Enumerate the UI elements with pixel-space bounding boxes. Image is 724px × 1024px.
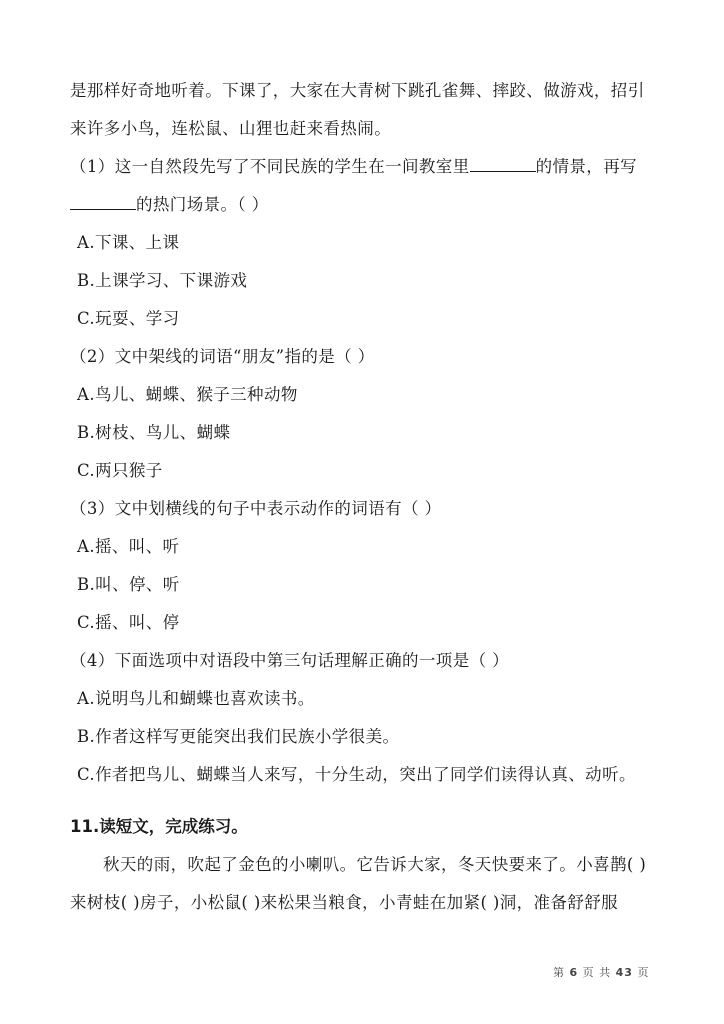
document-page: 是那样好奇地听着。下课了，大家在大青树下跳孔雀舞、摔跤、做游戏，招引 来许多小鸟…: [70, 72, 660, 922]
passage-line: 来许多小鸟，连松鼠、山狸也赶来看热闹。: [70, 110, 660, 148]
option-c: C.两只猴子: [70, 452, 660, 490]
option-a: A.说明鸟儿和蝴蝶也喜欢读书。: [70, 680, 660, 718]
option-a: A.鸟儿、蝴蝶、猴子三种动物: [70, 376, 660, 414]
option-a: A.下课、上课: [70, 224, 660, 262]
question-1-stem: （1）这一自然段先写了不同民族的学生在一间教室里的情景，再写: [70, 148, 660, 186]
option-c: C.摇、叫、停: [70, 604, 660, 642]
section-heading: 11.读短文，完成练习。: [70, 808, 660, 846]
passage-line: 来树枝( )房子，小松鼠( )来松果当粮食，小青蛙在加紧( )洞，准备舒舒服: [70, 884, 660, 922]
page-footer: 第 6 页 共 43 页: [553, 964, 649, 980]
question-4-stem: （4）下面选项中对语段中第三句话理解正确的一项是（ ）: [70, 642, 660, 680]
total-pages-number: 43: [616, 966, 633, 979]
option-a: A.摇、叫、听: [70, 528, 660, 566]
passage-line: 秋天的雨，吹起了金色的小喇叭。它告诉大家，冬天快要来了。小喜鹊( ): [70, 846, 660, 884]
option-b: B.树枝、鸟儿、蝴蝶: [70, 414, 660, 452]
passage-line: 是那样好奇地听着。下课了，大家在大青树下跳孔雀舞、摔跤、做游戏，招引: [70, 72, 660, 110]
option-c: C.作者把鸟儿、蝴蝶当人来写，十分生动，突出了同学们读得认真、动听。: [70, 756, 660, 794]
question-3-stem: （3）文中划横线的句子中表示动作的词语有（ ）: [70, 490, 660, 528]
question-1-stem-cont: 的热门场景。（ ）: [70, 186, 660, 224]
option-b: B.作者这样写更能突出我们民族小学很美。: [70, 718, 660, 756]
fill-blank[interactable]: [470, 157, 536, 172]
current-page-number: 6: [570, 966, 579, 979]
fill-blank[interactable]: [70, 195, 136, 210]
section-spacer: [70, 794, 660, 808]
option-b: B.叫、停、听: [70, 566, 660, 604]
option-b: B.上课学习、下课游戏: [70, 262, 660, 300]
option-c: C.玩耍、学习: [70, 300, 660, 338]
question-2-stem: （2）文中架线的词语“朋友”指的是（ ）: [70, 338, 660, 376]
